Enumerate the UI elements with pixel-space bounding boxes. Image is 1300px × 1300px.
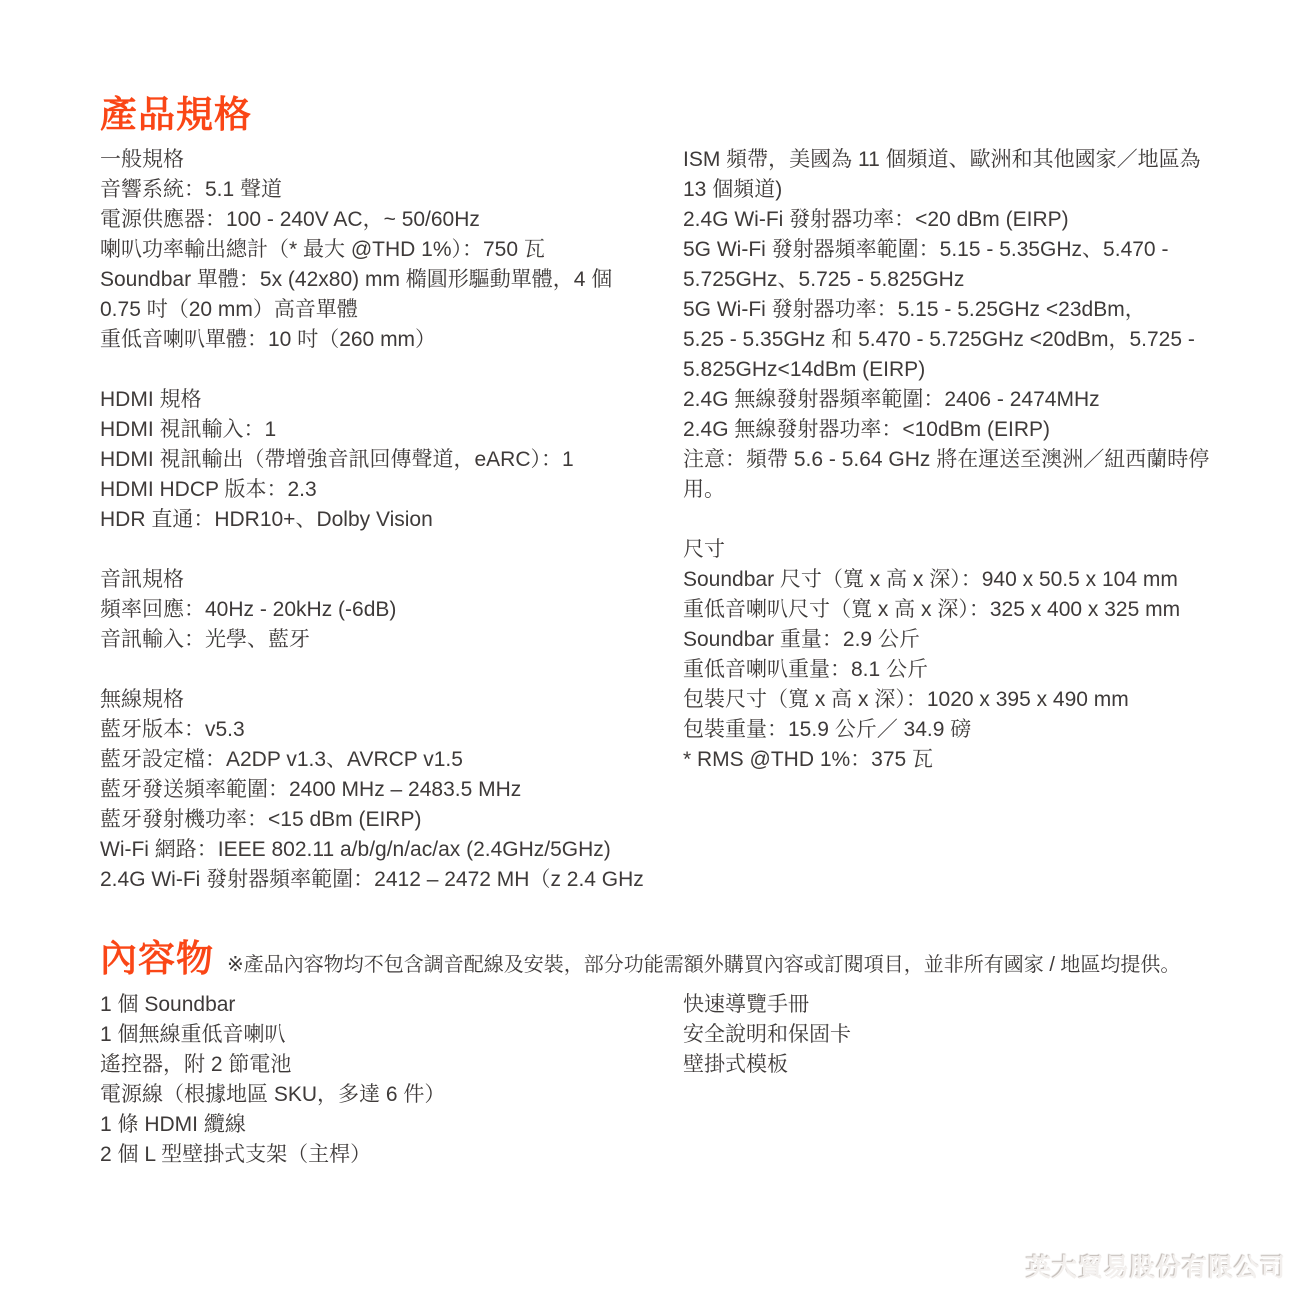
page-title: 產品規格 <box>100 84 252 138</box>
company-watermark: 英大貿易股份有限公司 <box>1026 1248 1286 1284</box>
spec-line: 頻率回應：40Hz - 20kHz (-6dB) <box>100 595 644 625</box>
spec-line: 音響系統：5.1 聲道 <box>100 175 644 205</box>
spec-section-general: 一般規格 音響系統：5.1 聲道 電源供應器：100 - 240V AC，~ 5… <box>100 145 644 355</box>
contents-title: 內容物 <box>100 928 214 982</box>
spec-line: 2.4G Wi-Fi 發射器頻率範圍：2412 – 2472 MH（z 2.4 … <box>100 865 644 895</box>
spec-section-wireless: 無線規格 藍牙版本：v5.3 藍牙設定檔：A2DP v1.3、AVRCP v1.… <box>100 685 644 895</box>
contents-column-right: 快速導覽手冊 安全說明和保固卡 壁掛式模板 <box>683 990 851 1080</box>
spec-line: 藍牙版本：v5.3 <box>100 715 644 745</box>
spec-column-right: ISM 頻帶，美國為 11 個頻道、歐洲和其他國家／地區為 13 個頻道) 2.… <box>683 145 1209 805</box>
spec-line: Soundbar 尺寸（寬 x 高 x 深）：940 x 50.5 x 104 … <box>683 565 1209 595</box>
spec-line: 喇叭功率輸出總計（* 最大 @THD 1%）：750 瓦 <box>100 235 644 265</box>
spec-line: Wi-Fi 網路：IEEE 802.11 a/b/g/n/ac/ax (2.4G… <box>100 835 644 865</box>
spec-line: HDMI HDCP 版本：2.3 <box>100 475 644 505</box>
section-heading: 無線規格 <box>100 685 644 715</box>
spec-line: 用。 <box>683 475 1209 505</box>
spec-line: 5.725GHz、5.725 - 5.825GHz <box>683 265 1209 295</box>
spec-line: 2.4G 無線發射器功率：<10dBm (EIRP) <box>683 415 1209 445</box>
spec-line: 包裝重量：15.9 公斤／ 34.9 磅 <box>683 715 1209 745</box>
spec-line: 重低音喇叭重量：8.1 公斤 <box>683 655 1209 685</box>
spec-line: 重低音喇叭尺寸（寬 x 高 x 深）：325 x 400 x 325 mm <box>683 595 1209 625</box>
section-heading: 尺寸 <box>683 535 1209 565</box>
spec-line: 2.4G Wi-Fi 發射器功率：<20 dBm (EIRP) <box>683 205 1209 235</box>
spec-line: HDR 直通：HDR10+、Dolby Vision <box>100 505 644 535</box>
spec-line: 0.75 吋（20 mm）高音單體 <box>100 295 644 325</box>
contents-item: 2 個 L 型壁掛式支架（主桿） <box>100 1140 445 1170</box>
spec-line: 5G Wi-Fi 發射器頻率範圍：5.15 - 5.35GHz、5.470 - <box>683 235 1209 265</box>
spec-section-wireless-continued: ISM 頻帶，美國為 11 個頻道、歐洲和其他國家／地區為 13 個頻道) 2.… <box>683 145 1209 505</box>
contents-item: 電源線（根據地區 SKU，多達 6 件） <box>100 1080 445 1110</box>
spec-section-hdmi: HDMI 規格 HDMI 視訊輸入：1 HDMI 視訊輸出（帶增強音訊回傳聲道，… <box>100 385 644 535</box>
spec-line: 藍牙發送頻率範圍：2400 MHz – 2483.5 MHz <box>100 775 644 805</box>
spec-line: 注意：頻帶 5.6 - 5.64 GHz 將在運送至澳洲／紐西蘭時停 <box>683 445 1209 475</box>
spec-line: 藍牙發射機功率：<15 dBm (EIRP) <box>100 805 644 835</box>
spec-line: HDMI 視訊輸入：1 <box>100 415 644 445</box>
contents-item: 1 個無線重低音喇叭 <box>100 1020 445 1050</box>
spec-line: HDMI 視訊輸出（帶增強音訊回傳聲道，eARC）：1 <box>100 445 644 475</box>
spec-line: 5G Wi-Fi 發射器功率：5.15 - 5.25GHz <23dBm， <box>683 295 1209 325</box>
spec-line: 重低音喇叭單體：10 吋（260 mm） <box>100 325 644 355</box>
contents-item: 壁掛式模板 <box>683 1050 851 1080</box>
contents-item: 安全說明和保固卡 <box>683 1020 851 1050</box>
spec-line: 2.4G 無線發射器頻率範圍：2406 - 2474MHz <box>683 385 1209 415</box>
spec-line: ISM 頻帶，美國為 11 個頻道、歐洲和其他國家／地區為 <box>683 145 1209 175</box>
spec-line: Soundbar 重量：2.9 公斤 <box>683 625 1209 655</box>
contents-header: 內容物 ※產品內容物均不包含調音配線及安裝，部分功能需額外購買內容或訂閱項目，並… <box>100 928 1180 982</box>
spec-line: 電源供應器：100 - 240V AC，~ 50/60Hz <box>100 205 644 235</box>
section-heading: 音訊規格 <box>100 565 644 595</box>
spec-line: * RMS @THD 1%：375 瓦 <box>683 745 1209 775</box>
spec-line: 包裝尺寸（寬 x 高 x 深）：1020 x 395 x 490 mm <box>683 685 1209 715</box>
contents-item: 1 條 HDMI 纜線 <box>100 1110 445 1140</box>
spec-line: 5.25 - 5.35GHz 和 5.470 - 5.725GHz <20dBm… <box>683 325 1209 355</box>
spec-section-audio: 音訊規格 頻率回應：40Hz - 20kHz (-6dB) 音訊輸入：光學、藍牙 <box>100 565 644 655</box>
spec-line: Soundbar 單體：5x (42x80) mm 橢圓形驅動單體，4 個 <box>100 265 644 295</box>
contents-note: ※產品內容物均不包含調音配線及安裝，部分功能需額外購買內容或訂閱項目，並非所有國… <box>227 948 1180 977</box>
spec-line: 藍牙設定檔：A2DP v1.3、AVRCP v1.5 <box>100 745 644 775</box>
contents-column-left: 1 個 Soundbar 1 個無線重低音喇叭 遙控器，附 2 節電池 電源線（… <box>100 990 445 1170</box>
product-spec-sheet: 產品規格 一般規格 音響系統：5.1 聲道 電源供應器：100 - 240V A… <box>0 0 1300 1300</box>
contents-item: 1 個 Soundbar <box>100 990 445 1020</box>
section-heading: 一般規格 <box>100 145 644 175</box>
spec-line: 13 個頻道) <box>683 175 1209 205</box>
spec-line: 音訊輸入：光學、藍牙 <box>100 625 644 655</box>
spec-column-left: 一般規格 音響系統：5.1 聲道 電源供應器：100 - 240V AC，~ 5… <box>100 145 644 925</box>
section-heading: HDMI 規格 <box>100 385 644 415</box>
spec-line: 5.825GHz<14dBm (EIRP) <box>683 355 1209 385</box>
contents-item: 快速導覽手冊 <box>683 990 851 1020</box>
contents-item: 遙控器，附 2 節電池 <box>100 1050 445 1080</box>
spec-section-dimensions: 尺寸 Soundbar 尺寸（寬 x 高 x 深）：940 x 50.5 x 1… <box>683 535 1209 775</box>
